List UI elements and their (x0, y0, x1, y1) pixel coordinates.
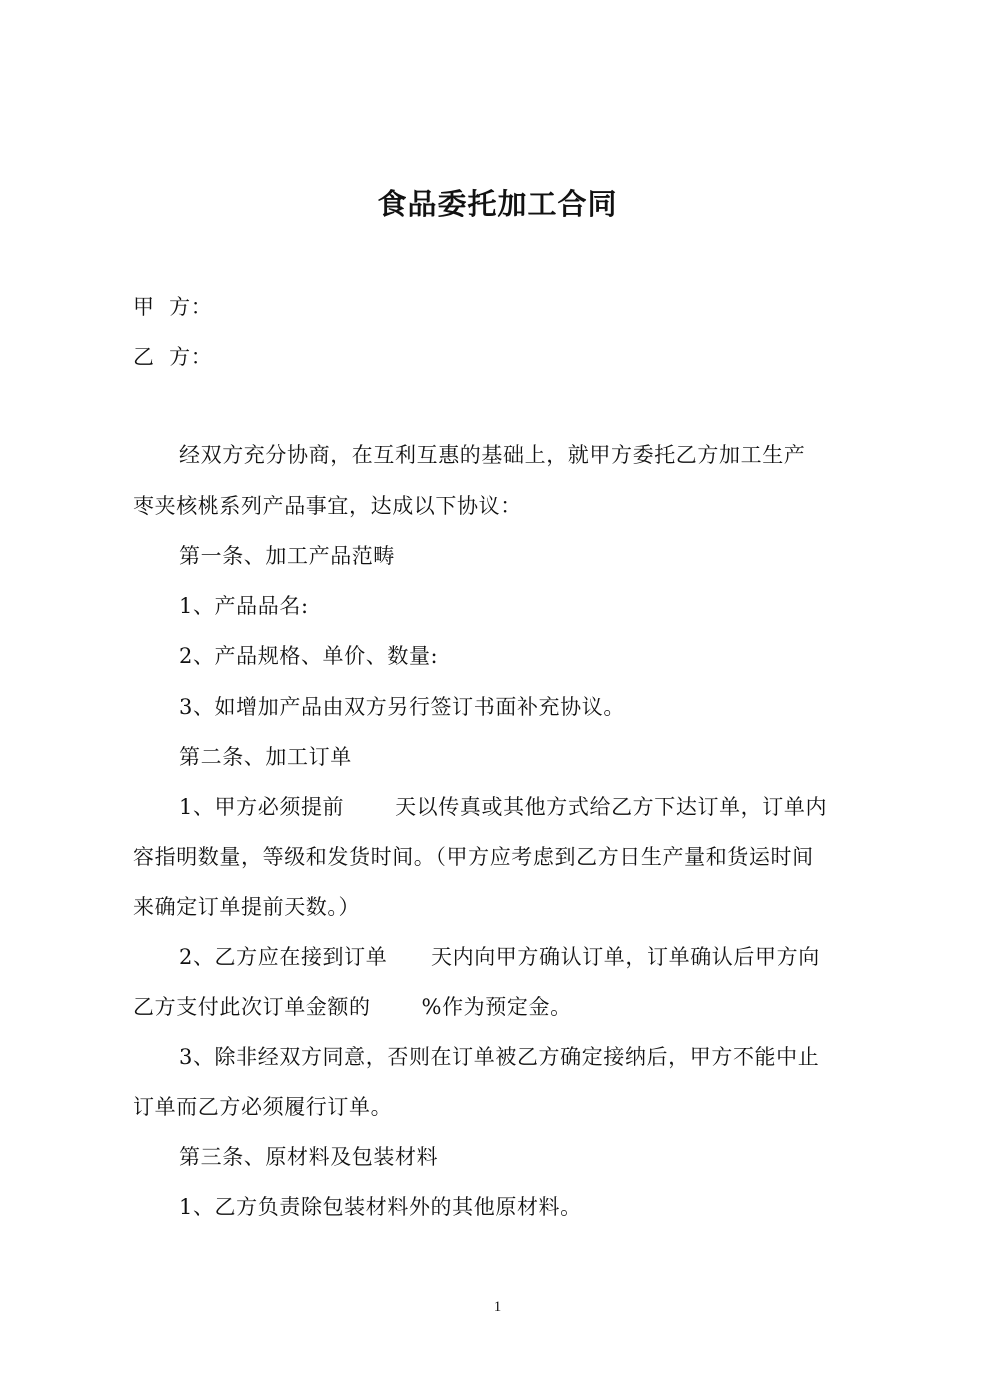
article-1-heading: 第一条、加工产品范畴 (179, 541, 395, 571)
article-2-clause-2-line-1: 2、乙方应在接到订单 天内向甲方确认订单，订单确认后甲方向 (179, 942, 820, 972)
article-1-clause-3: 3、如增加产品由双方另行签订书面补充协议。 (179, 692, 625, 722)
page-number: 1 (0, 1297, 987, 1317)
article-2-clause-1-line-3: 来确定订单提前天数。） (133, 892, 360, 922)
article-2-heading: 第二条、加工订单 (179, 742, 352, 772)
party-a-label: 甲 方： (133, 292, 212, 322)
article-2-clause-3-line-2: 订单而乙方必须履行订单。 (133, 1092, 392, 1122)
article-1-clause-1: 1、产品品名: (179, 591, 309, 621)
document-title: 食品委托加工合同 (0, 184, 987, 224)
article-3-heading: 第三条、原材料及包装材料 (179, 1142, 438, 1172)
article-1-clause-2: 2、产品规格、单价、数量: (179, 641, 438, 671)
document-page: 食品委托加工合同 甲 方： 乙 方： 经双方充分协商，在互利互惠的基础上，就甲方… (0, 0, 987, 1398)
article-3-clause-1: 1、乙方负责除包装材料外的其他原材料。 (179, 1192, 582, 1222)
preamble-line-1: 经双方充分协商，在互利互惠的基础上，就甲方委托乙方加工生产 (179, 440, 805, 470)
article-2-clause-1-line-2: 容指明数量，等级和发货时间。（甲方应考虑到乙方日生产量和货运时间 (133, 842, 814, 872)
article-2-clause-1-line-1: 1、甲方必须提前 天以传真或其他方式给乙方下达订单，订单内 (179, 792, 827, 822)
article-2-clause-2-line-2: 乙方支付此次订单金额的 %作为预定金。 (133, 992, 572, 1022)
preamble-line-2: 枣夹核桃系列产品事宜，达成以下协议： (133, 491, 522, 521)
article-2-clause-3-line-1: 3、除非经双方同意，否则在订单被乙方确定接纳后，甲方不能中止 (179, 1042, 819, 1072)
party-b-label: 乙 方： (133, 342, 212, 372)
